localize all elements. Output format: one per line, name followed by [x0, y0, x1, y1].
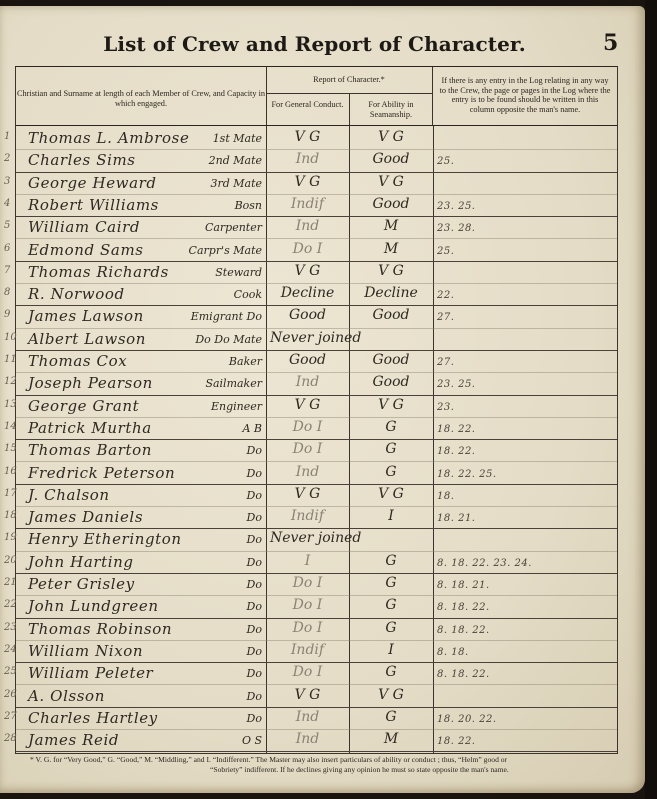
ability-cell: M: [349, 729, 433, 752]
name-cell: Robert WilliamsBosn: [16, 194, 266, 217]
conduct-cell: Indif: [266, 640, 349, 663]
conduct-cell: Ind: [266, 707, 349, 729]
crew-capacity: Engineer: [211, 400, 262, 413]
name-cell: William CairdCarpenter: [16, 216, 266, 238]
crew-capacity: Carpr's Mate: [189, 244, 262, 257]
log-pages: 23. 28.: [437, 223, 476, 234]
log-cell: 8. 18.: [433, 640, 617, 663]
log-pages: 23. 25.: [437, 379, 476, 390]
conduct-cell: Do I: [266, 595, 349, 618]
log-cell: [433, 261, 617, 283]
name-cell: Peter GrisleyDo: [16, 573, 266, 595]
conduct-value: Never joined: [270, 530, 420, 546]
crew-capacity: Do: [247, 645, 262, 658]
row-number: 3: [4, 176, 16, 187]
ability-value: V G: [349, 129, 433, 145]
crew-capacity: Emigrant Do: [191, 310, 262, 323]
conduct-cell: Do I: [266, 439, 349, 461]
table-row: 2Charles Sims2nd MateIndGood25.: [16, 149, 617, 172]
log-pages: 22.: [437, 290, 454, 301]
row-number: 25: [4, 666, 16, 677]
crew-capacity: Do: [247, 712, 262, 725]
conduct-cell: V G: [266, 172, 349, 194]
crew-capacity: Steward: [215, 266, 262, 279]
footnote-line-2: “Sobriety” indifferent. If he declines g…: [30, 765, 620, 775]
page-title-text: List of Crew and Report of Character.: [103, 32, 526, 56]
ability-value: M: [349, 731, 433, 747]
conduct-value: Ind: [266, 731, 349, 747]
crew-name: Thomas Richards: [28, 263, 169, 281]
conduct-cell: Indif: [266, 194, 349, 217]
log-cell: 23. 28.: [433, 216, 617, 238]
table-row: 18James DanielsDoIndifI18. 21.: [16, 506, 617, 529]
log-pages: 18. 22.: [437, 736, 476, 747]
header-conduct-text: For General Conduct.: [266, 100, 349, 110]
ability-value: G: [349, 664, 433, 680]
conduct-cell: Good: [266, 305, 349, 327]
log-pages: 23. 25.: [437, 201, 476, 212]
header-ability-column: For Ability in Seamanship.: [350, 94, 432, 125]
crew-name: Thomas Cox: [28, 352, 127, 370]
log-cell: 8. 18. 22.: [433, 618, 617, 640]
log-pages: 27.: [437, 357, 454, 368]
table-row: 23Thomas RobinsonDoDo IG8. 18. 22.: [16, 618, 617, 641]
ability-cell: Decline: [349, 283, 433, 306]
name-cell: Thomas L. Ambrose1st Mate: [16, 127, 266, 149]
name-cell: Henry EtheringtonDo: [16, 528, 266, 550]
log-cell: 8. 18. 22. 23. 24.: [433, 551, 617, 574]
conduct-cell: Ind: [266, 149, 349, 172]
name-cell: James LawsonEmigrant Do: [16, 305, 266, 327]
log-cell: 18. 21.: [433, 506, 617, 529]
crew-capacity: Do: [247, 444, 262, 457]
conduct-cell: Good: [266, 350, 349, 372]
ability-cell: I: [349, 506, 433, 529]
table-row: 26A. OlssonDoV GV G: [16, 685, 617, 708]
log-pages: 25.: [437, 156, 454, 167]
row-number: 12: [4, 376, 16, 387]
log-pages: 27.: [437, 312, 454, 323]
table-row: 28James ReidO SIndM18. 22.: [16, 729, 617, 752]
crew-capacity: Do: [247, 556, 262, 569]
conduct-cell: Ind: [266, 729, 349, 752]
conduct-cell: V G: [266, 395, 349, 417]
conduct-value: Decline: [266, 285, 349, 301]
name-cell: James ReidO S: [16, 729, 266, 752]
ability-cell: Good: [349, 149, 433, 172]
table-row: 8R. NorwoodCookDeclineDecline22.: [16, 283, 617, 306]
header-log-text: If there is any entry in the Log relatin…: [439, 76, 611, 114]
ability-value: G: [349, 419, 433, 435]
crew-name: Robert Williams: [28, 196, 159, 214]
crew-name: Henry Etherington: [28, 530, 182, 548]
log-pages: 25.: [437, 246, 454, 257]
table-row: 14Patrick MurthaA BDo IG18. 22.: [16, 417, 617, 440]
ability-cell: V G: [349, 172, 433, 194]
conduct-cell: Ind: [266, 216, 349, 238]
footnote-line-1: * V. G. for “Very Good,” G. “Good,” M. “…: [30, 755, 620, 765]
row-number: 16: [4, 466, 16, 477]
name-cell: Joseph PearsonSailmaker: [16, 372, 266, 395]
row-number: 6: [4, 243, 16, 254]
ability-cell: G: [349, 662, 433, 684]
conduct-value: Ind: [266, 218, 349, 234]
table-row: 21Peter GrisleyDoDo IG8. 18. 21.: [16, 573, 617, 596]
table-row: 7Thomas RichardsStewardV GV G: [16, 261, 617, 284]
ability-cell: I: [349, 640, 433, 663]
log-cell: 8. 18. 21.: [433, 573, 617, 595]
crew-name: Joseph Pearson: [28, 374, 153, 392]
row-number: 27: [4, 711, 16, 722]
conduct-value: Do I: [266, 620, 349, 636]
name-cell: James DanielsDo: [16, 506, 266, 529]
name-cell: George GrantEngineer: [16, 395, 266, 417]
crew-name: John Lundgreen: [28, 597, 159, 615]
conduct-cell: I: [266, 551, 349, 574]
conduct-value: Good: [266, 307, 349, 323]
ability-cell: V G: [349, 261, 433, 283]
conduct-cell: Decline: [266, 283, 349, 306]
crew-name: John Harting: [28, 553, 134, 571]
conduct-cell: V G: [266, 261, 349, 283]
log-pages: 23.: [437, 402, 454, 413]
crew-capacity: Do: [247, 623, 262, 636]
table-row: 4Robert WilliamsBosnIndifGood23. 25.: [16, 194, 617, 217]
log-cell: 23. 25.: [433, 194, 617, 217]
conduct-value: Ind: [266, 464, 349, 480]
crew-capacity: 3rd Mate: [210, 177, 262, 190]
ability-cell: G: [349, 417, 433, 440]
conduct-value: Do I: [266, 575, 349, 591]
book-spine-shadow: [645, 0, 657, 799]
crew-capacity: Do: [247, 511, 262, 524]
name-cell: Edmond SamsCarpr's Mate: [16, 239, 266, 262]
name-cell: A. OlssonDo: [16, 685, 266, 708]
crew-name: Peter Grisley: [28, 575, 135, 593]
row-number: 1: [4, 131, 16, 142]
ability-value: I: [349, 508, 433, 524]
ability-value: G: [349, 441, 433, 457]
crew-name: Edmond Sams: [28, 241, 144, 259]
crew-capacity: 1st Mate: [213, 132, 262, 145]
crew-name: R. Norwood: [28, 285, 125, 303]
header-ability-text: For Ability in Seamanship.: [350, 100, 432, 119]
crew-name: Fredrick Peterson: [28, 464, 175, 482]
table-row: 20John HartingDoIG8. 18. 22. 23. 24.: [16, 551, 617, 574]
name-cell: John LundgreenDo: [16, 595, 266, 618]
row-number: 5: [4, 220, 16, 231]
header-log-column: If there is any entry in the Log relatin…: [433, 67, 617, 126]
table-row: 9James LawsonEmigrant DoGoodGood27.: [16, 305, 617, 328]
ability-cell: Good: [349, 305, 433, 327]
ability-cell: G: [349, 462, 433, 485]
conduct-value: Do I: [266, 241, 349, 257]
crew-name: Thomas L. Ambrose: [28, 129, 189, 147]
row-number: 18: [4, 510, 16, 521]
conduct-cell: Do I: [266, 417, 349, 440]
crew-capacity: Do Do Mate: [195, 333, 262, 346]
ability-value: Good: [349, 352, 433, 368]
conduct-cell: Do I: [266, 618, 349, 640]
ability-cell: G: [349, 551, 433, 574]
crew-name: James Reid: [28, 731, 119, 749]
ability-value: G: [349, 709, 433, 725]
ability-value: Good: [349, 151, 433, 167]
header-conduct-column: For General Conduct.: [266, 94, 350, 125]
header-report-text: Report of Character.*: [266, 75, 432, 85]
ability-value: Decline: [349, 285, 433, 301]
crew-name: Patrick Murtha: [28, 419, 152, 437]
ability-cell: V G: [349, 484, 433, 506]
crew-name: A. Olsson: [28, 687, 105, 705]
ability-cell: Good: [349, 372, 433, 395]
table-row: 19Henry EtheringtonDoNever joined: [16, 528, 617, 551]
crew-capacity: Do: [247, 600, 262, 613]
conduct-cell: Do I: [266, 662, 349, 684]
name-cell: Fredrick PetersonDo: [16, 462, 266, 485]
crew-name: William Nixon: [28, 642, 143, 660]
row-number: 4: [4, 198, 16, 209]
ability-value: M: [349, 241, 433, 257]
row-number: 20: [4, 555, 16, 566]
crew-name: James Lawson: [28, 307, 144, 325]
row-number: 28: [4, 733, 16, 744]
table-row: 25William PeleterDoDo IG8. 18. 22.: [16, 662, 617, 685]
name-cell: Thomas RobinsonDo: [16, 618, 266, 640]
table-row: 13George GrantEngineerV GV G23.: [16, 395, 617, 418]
ability-cell: G: [349, 618, 433, 640]
conduct-value: Do I: [266, 597, 349, 613]
ability-value: G: [349, 620, 433, 636]
crew-capacity: Do: [247, 578, 262, 591]
log-pages: 18.: [437, 491, 454, 502]
crew-capacity: Do: [247, 467, 262, 480]
log-pages: 18. 22.: [437, 424, 476, 435]
ledger-page: List of Crew and Report of Character. 5 …: [0, 6, 645, 793]
log-pages: 8. 18. 22. 23. 24.: [437, 558, 532, 569]
ability-value: Good: [349, 196, 433, 212]
log-pages: 8. 18. 21.: [437, 580, 490, 591]
crew-name: J. Chalson: [28, 486, 110, 504]
log-cell: 18. 22.: [433, 439, 617, 461]
conduct-value: V G: [266, 174, 349, 190]
log-cell: 23.: [433, 395, 617, 417]
log-pages: 8. 18.: [437, 647, 469, 658]
ability-value: G: [349, 553, 433, 569]
crew-name: William Caird: [28, 218, 140, 236]
table-row: 16Fredrick PetersonDoIndG18. 22. 25.: [16, 462, 617, 485]
conduct-value: V G: [266, 129, 349, 145]
row-number: 26: [4, 689, 16, 700]
log-cell: 23. 25.: [433, 372, 617, 395]
footnote: * V. G. for “Very Good,” G. “Good,” M. “…: [30, 755, 620, 774]
row-number: 9: [4, 309, 16, 320]
row-number: 24: [4, 644, 16, 655]
conduct-cell: Never joined: [266, 328, 349, 351]
name-cell: William NixonDo: [16, 640, 266, 663]
conduct-cell: Indif: [266, 506, 349, 529]
ability-cell: G: [349, 707, 433, 729]
row-number: 15: [4, 443, 16, 454]
ability-value: V G: [349, 397, 433, 413]
table-row: 24William NixonDoIndifI8. 18.: [16, 640, 617, 663]
log-cell: [433, 685, 617, 708]
crew-capacity: Sailmaker: [205, 377, 262, 390]
conduct-value: Ind: [266, 709, 349, 725]
conduct-cell: Never joined: [266, 528, 349, 550]
name-cell: Thomas RichardsSteward: [16, 261, 266, 283]
row-number: 19: [4, 532, 16, 543]
page-title: List of Crew and Report of Character.: [0, 32, 645, 56]
log-cell: 18. 22. 25.: [433, 462, 617, 485]
table-row: 6Edmond SamsCarpr's MateDo IM25.: [16, 239, 617, 262]
crew-name: Albert Lawson: [28, 330, 146, 348]
ability-value: V G: [349, 486, 433, 502]
ability-cell: Good: [349, 194, 433, 217]
name-cell: Charles Sims2nd Mate: [16, 149, 266, 172]
row-number: 14: [4, 421, 16, 432]
table-row: 11Thomas CoxBakerGoodGood27.: [16, 350, 617, 373]
conduct-value: Ind: [266, 374, 349, 390]
ability-cell: G: [349, 595, 433, 618]
page-number: 5: [603, 30, 618, 56]
crew-name: Thomas Barton: [28, 441, 152, 459]
name-cell: George Heward3rd Mate: [16, 172, 266, 194]
log-cell: 18.: [433, 484, 617, 506]
crew-name: George Grant: [28, 397, 139, 415]
log-cell: [433, 127, 617, 149]
name-cell: Albert LawsonDo Do Mate: [16, 328, 266, 351]
log-cell: 27.: [433, 305, 617, 327]
log-pages: 18. 22.: [437, 446, 476, 457]
ability-cell: M: [349, 216, 433, 238]
name-cell: J. ChalsonDo: [16, 484, 266, 506]
ability-value: M: [349, 218, 433, 234]
ability-value: I: [349, 642, 433, 658]
name-cell: Thomas CoxBaker: [16, 350, 266, 372]
row-number: 23: [4, 622, 16, 633]
ability-cell: G: [349, 573, 433, 595]
table-row: 5William CairdCarpenterIndM23. 28.: [16, 216, 617, 239]
crew-name: George Heward: [28, 174, 157, 192]
log-cell: 18. 22.: [433, 729, 617, 752]
row-number: 13: [4, 399, 16, 410]
table-row: 27Charles HartleyDoIndG18. 20. 22.: [16, 707, 617, 730]
ability-value: G: [349, 464, 433, 480]
crew-capacity: Do: [247, 489, 262, 502]
crew-capacity: Do: [247, 690, 262, 703]
log-pages: 18. 22. 25.: [437, 469, 497, 480]
conduct-value: Good: [266, 352, 349, 368]
header-name-column: Christian and Surname at length of each …: [16, 67, 267, 126]
crew-name: William Peleter: [28, 664, 153, 682]
log-cell: 8. 18. 22.: [433, 595, 617, 618]
log-cell: 25.: [433, 149, 617, 172]
ability-cell: Good: [349, 350, 433, 372]
name-cell: Thomas BartonDo: [16, 439, 266, 461]
row-number: 10: [4, 332, 16, 343]
crew-capacity: Cook: [234, 288, 262, 301]
ability-value: G: [349, 575, 433, 591]
log-cell: [433, 172, 617, 194]
conduct-cell: Ind: [266, 372, 349, 395]
row-number: 17: [4, 488, 16, 499]
name-cell: John HartingDo: [16, 551, 266, 574]
header-name-text: Christian and Surname at length of each …: [16, 89, 266, 108]
conduct-value: Indif: [266, 642, 349, 658]
conduct-value: I: [266, 553, 349, 569]
name-cell: William PeleterDo: [16, 662, 266, 684]
crew-capacity: Baker: [229, 355, 262, 368]
conduct-value: V G: [266, 687, 349, 703]
table-row: 15Thomas BartonDoDo IG18. 22.: [16, 439, 617, 462]
name-cell: Patrick MurthaA B: [16, 417, 266, 440]
log-pages: 18. 21.: [437, 513, 476, 524]
row-number: 22: [4, 599, 16, 610]
table-row: 22John LundgreenDoDo IG8. 18. 22.: [16, 595, 617, 618]
crew-capacity: Carpenter: [205, 221, 262, 234]
row-number: 7: [4, 265, 16, 276]
row-number: 2: [4, 153, 16, 164]
conduct-value: Do I: [266, 419, 349, 435]
crew-table: Christian and Surname at length of each …: [15, 66, 618, 754]
ability-cell: V G: [349, 685, 433, 708]
crew-capacity: O S: [242, 734, 262, 747]
table-row: 17J. ChalsonDoV GV G18.: [16, 484, 617, 507]
ability-value: Good: [349, 374, 433, 390]
conduct-cell: Do I: [266, 573, 349, 595]
conduct-value: V G: [266, 486, 349, 502]
log-cell: 18. 22.: [433, 417, 617, 440]
conduct-value: V G: [266, 263, 349, 279]
name-cell: R. NorwoodCook: [16, 283, 266, 306]
ability-cell: V G: [349, 395, 433, 417]
log-cell: [433, 528, 617, 550]
crew-capacity: Do: [247, 533, 262, 546]
conduct-cell: V G: [266, 685, 349, 708]
log-pages: 8. 18. 22.: [437, 602, 490, 613]
conduct-cell: Do I: [266, 239, 349, 262]
conduct-cell: V G: [266, 127, 349, 149]
conduct-value: Indif: [266, 508, 349, 524]
crew-name: Thomas Robinson: [28, 620, 172, 638]
conduct-value: Do I: [266, 664, 349, 680]
table-row: 12Joseph PearsonSailmakerIndGood23. 25.: [16, 372, 617, 395]
ability-value: V G: [349, 263, 433, 279]
conduct-value: Indif: [266, 196, 349, 212]
conduct-cell: V G: [266, 484, 349, 506]
ability-value: V G: [349, 687, 433, 703]
table-row: 3George Heward3rd MateV GV G: [16, 172, 617, 195]
crew-capacity: 2nd Mate: [209, 154, 262, 167]
log-cell: 27.: [433, 350, 617, 372]
crew-capacity: Bosn: [235, 199, 262, 212]
row-number: 21: [4, 577, 16, 588]
log-cell: 8. 18. 22.: [433, 662, 617, 684]
ability-value: Good: [349, 307, 433, 323]
table-row: 1Thomas L. Ambrose1st MateV GV G: [16, 127, 617, 150]
conduct-value: Never joined: [270, 330, 420, 346]
conduct-value: Do I: [266, 441, 349, 457]
ability-value: V G: [349, 174, 433, 190]
name-cell: Charles HartleyDo: [16, 707, 266, 729]
log-pages: 18. 20. 22.: [437, 714, 497, 725]
crew-name: Charles Hartley: [28, 709, 158, 727]
log-cell: 25.: [433, 239, 617, 262]
conduct-value: V G: [266, 397, 349, 413]
log-pages: 8. 18. 22.: [437, 669, 490, 680]
log-cell: [433, 328, 617, 351]
